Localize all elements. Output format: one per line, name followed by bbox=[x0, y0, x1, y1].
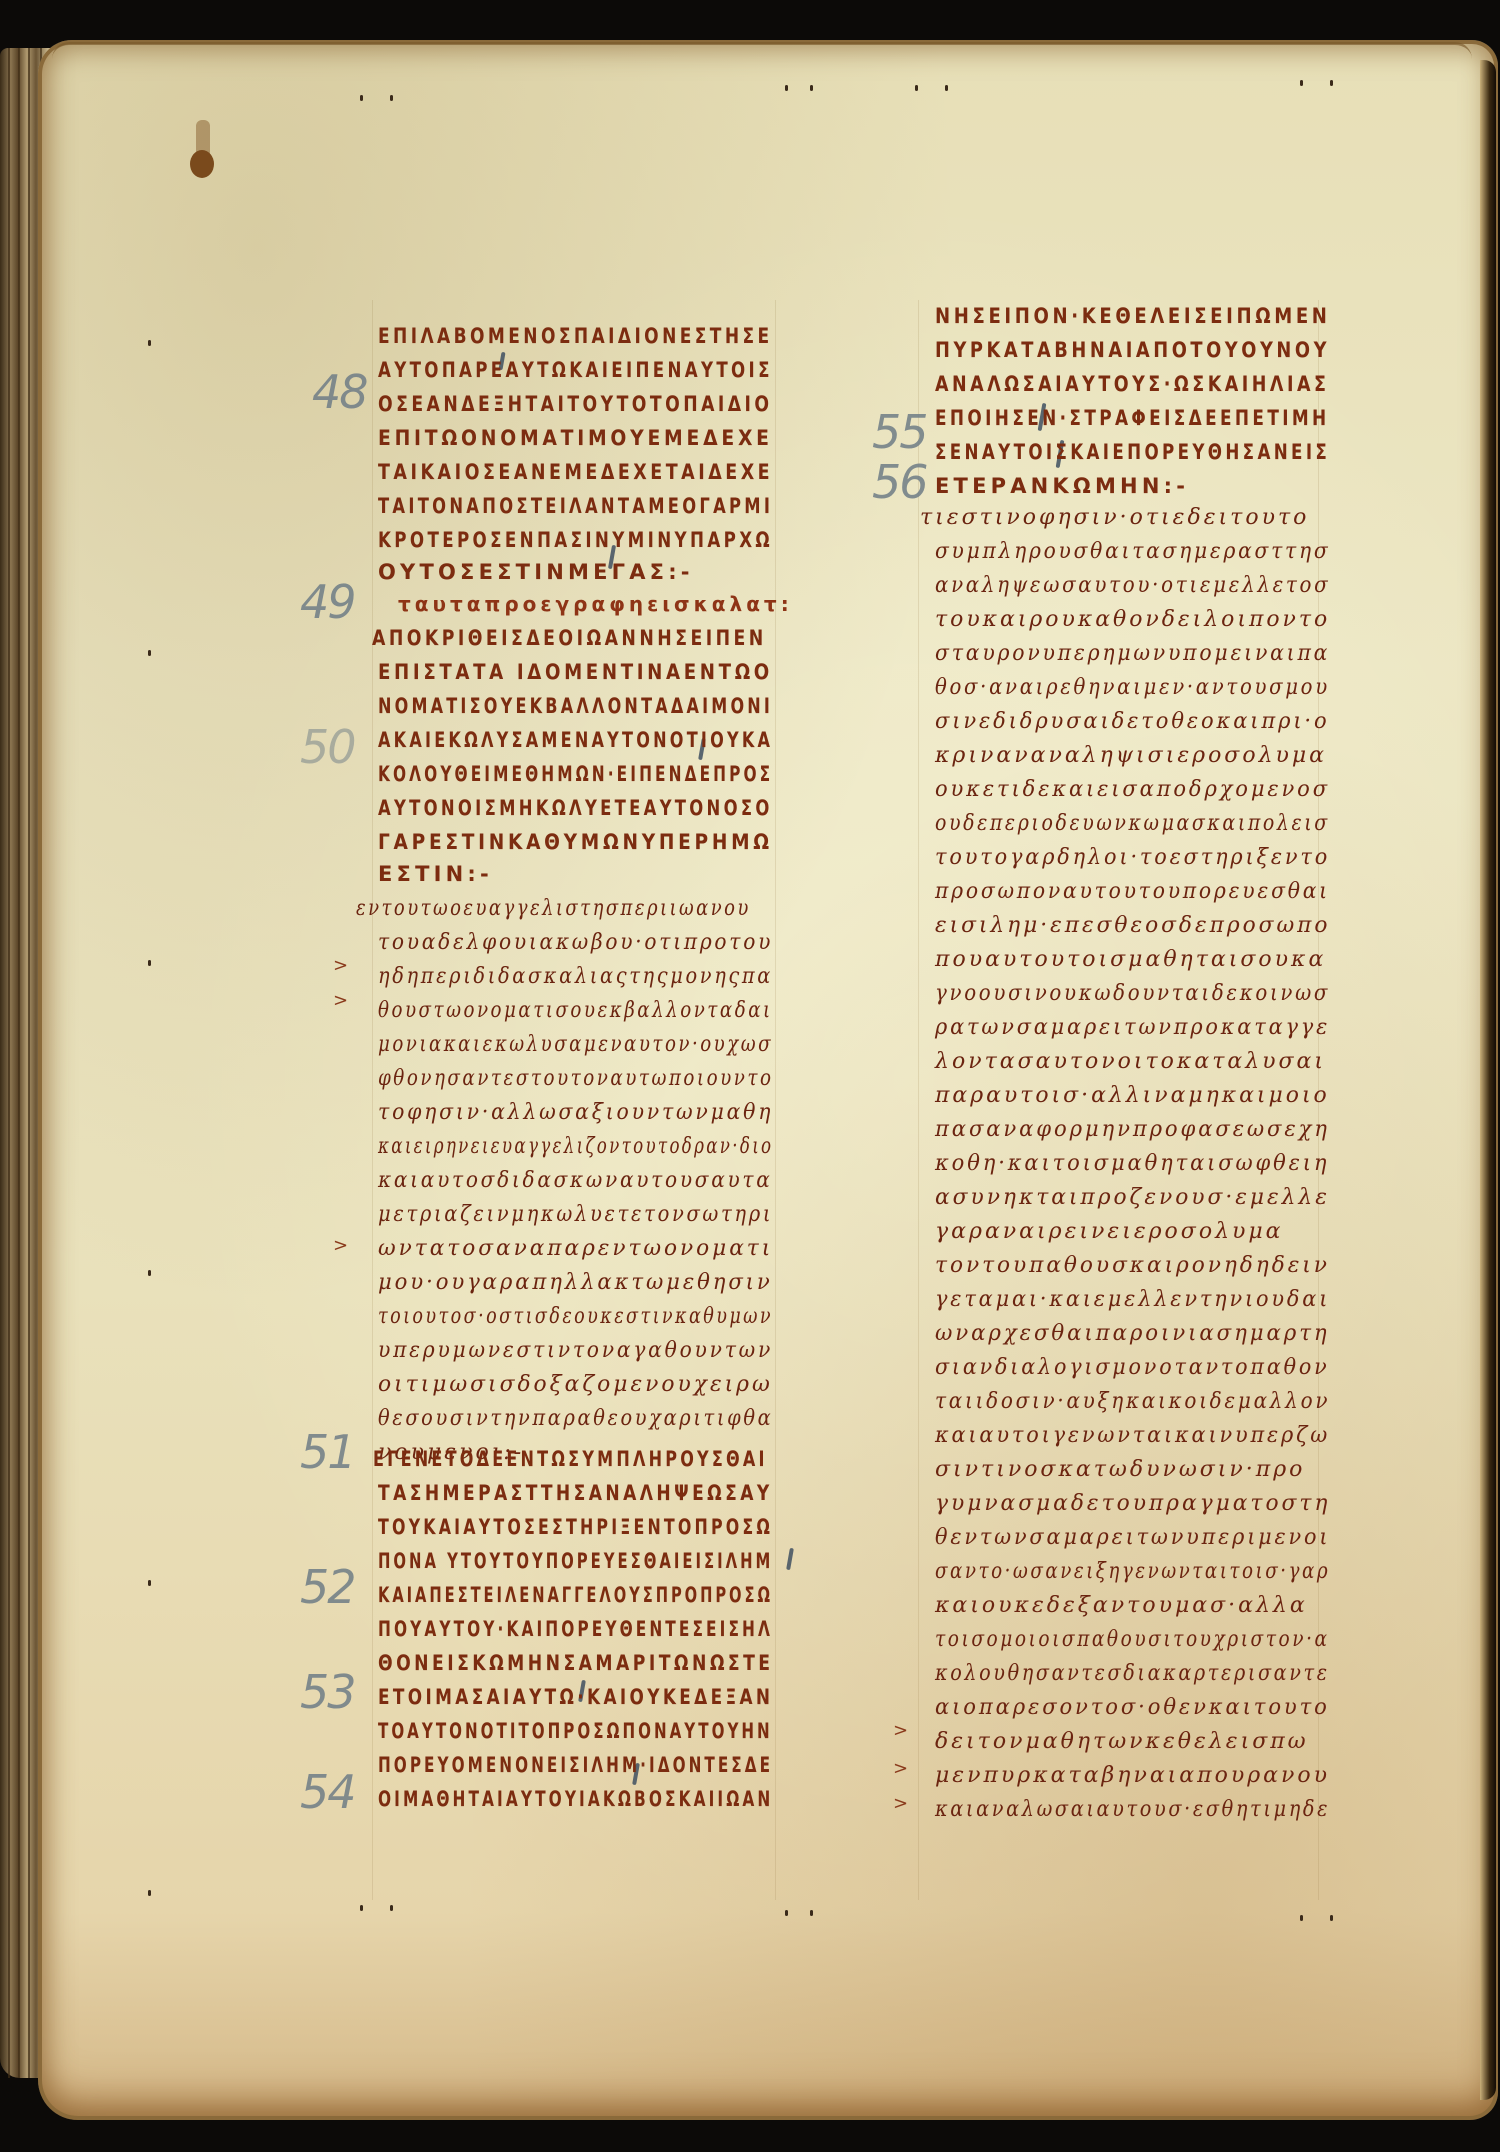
text-line: καιαπεστειλεναγγελουσπροπροσω bbox=[378, 1581, 773, 1611]
text-line: εγενετοδεεντωσυμπληρουσθαι bbox=[373, 1445, 768, 1475]
text-line: τοαυτονοτιτοπροσωποναυτουην bbox=[378, 1717, 773, 1747]
commentary-line: πουαυτουτοισμαθηταισουκα bbox=[935, 946, 1326, 976]
commentary-line: ουδεπεριοδευωνκωμασκαιπολεισ bbox=[935, 810, 1330, 840]
text-line: εποιησεν·στραφεισδεεπετιμη bbox=[935, 404, 1330, 434]
verse-number-52: 52 bbox=[300, 1560, 355, 1614]
commentary-line: καιαναλωσαιαυτουσ·εσθητιμηδε bbox=[935, 1796, 1330, 1826]
page-right-edge bbox=[1480, 60, 1496, 2100]
commentary-marker: > bbox=[893, 1758, 908, 1779]
verse-number-50: 50 bbox=[300, 720, 355, 774]
commentary-line: παραυτοισ·αλλιναμηκαιμοιο bbox=[935, 1082, 1330, 1112]
commentary-line: κοθη·καιτοισμαθηταισωφθειη bbox=[935, 1150, 1329, 1180]
commentary-line: ταιιδοσιν·αυξηκαικοιδεμαλλον bbox=[935, 1388, 1330, 1418]
commentary-line: κριναναναληψισιεροσολυμα bbox=[935, 742, 1327, 772]
commentary-line: τοντουπαθουσκαιρονηδηδειν bbox=[935, 1252, 1330, 1282]
left-text-column-lower: εγενετοδεεντωσυμπληρουσθαι τασημερασττησ… bbox=[378, 0, 778, 2000]
commentary-marker: > bbox=[893, 1720, 908, 1741]
commentary-line: καιουκεδεξαντουμασ·αλλα bbox=[935, 1592, 1308, 1622]
text-line: πονα υτουτουπορευεσθαιειςιλημ bbox=[378, 1547, 773, 1577]
text-line: πορευομενονεισιλημ·ιδοντεσδε bbox=[378, 1751, 773, 1781]
commentary-line: πασαναφορμηνπροφασεωσεχη bbox=[935, 1116, 1330, 1146]
commentary-marker: > bbox=[333, 955, 348, 976]
ruling-left-margin bbox=[372, 300, 373, 1900]
commentary-line: θεντωνσαμαρειτωνυπεριμενοι bbox=[935, 1524, 1330, 1554]
text-line: τουκαιαυτοσεστηριξεντοπροσω bbox=[378, 1513, 773, 1543]
commentary-line: κολουθησαντεσδιακαρτερισαντε bbox=[935, 1660, 1330, 1690]
commentary-line: ωναρχεσθαιπαροινιασημαρτη bbox=[935, 1320, 1330, 1350]
commentary-line: θοσ·αναιρεθηναιμεν·αντουσμου bbox=[935, 674, 1330, 704]
commentary-marker: > bbox=[333, 990, 348, 1011]
commentary-line: γνοουσινουκωδουνταιδεκοινωσ bbox=[935, 980, 1330, 1010]
commentary-line: τιεστινοφησιν·οτιεδειτουτο bbox=[920, 504, 1309, 534]
text-line: ετοιμασαιαυτω·καιουκεδεξαν bbox=[378, 1683, 773, 1713]
text-line: οιμαθηταιαυτουιακωβοσκαιιωαν bbox=[378, 1785, 773, 1815]
commentary-line: ασυνηκταιπροζενουσ·εμελλε bbox=[935, 1184, 1330, 1214]
commentary-line: ρατωνσαμαρειτωνπροκαταγγε bbox=[935, 1014, 1330, 1044]
commentary-line: γεταμαι·καιεμελλεντηνιουδαι bbox=[935, 1286, 1330, 1316]
verse-number-55: 55 bbox=[872, 405, 927, 459]
text-line: θονεισκωμηνσαμαριτωνωστε bbox=[378, 1649, 774, 1679]
commentary-line: καιαυτοιγενωνταικαινυπερζω bbox=[935, 1422, 1330, 1452]
text-line: πουαυτου·καιπορευθεντεσεισηλ bbox=[378, 1615, 773, 1645]
commentary-line: σαντο·ωσανειξηγενωνταιτοισ·γαρ bbox=[935, 1558, 1330, 1588]
commentary-marker: > bbox=[333, 1235, 348, 1256]
text-line: πυρκαταβηναιαποτουουνου bbox=[935, 336, 1330, 366]
verse-number-54: 54 bbox=[300, 1765, 355, 1819]
commentary-line: μενπυρκαταβηναιαπουρανου bbox=[935, 1762, 1330, 1792]
right-text-column: νησειπον·κεθελεισειπωμεν πυρκαταβηναιαπο… bbox=[935, 0, 1335, 2000]
commentary-line: αναληψεωσαυτου·οτιεμελλετοσ bbox=[935, 572, 1330, 602]
commentary-line: ουκετιδεκαιεισαποδρχομενοσ bbox=[935, 776, 1330, 806]
commentary-line: γαραναιρεινειεροσολυμα bbox=[935, 1218, 1284, 1248]
text-line: αναλωσαιαυτους·ωσκαιηλιασ bbox=[935, 370, 1329, 400]
verse-number-49: 49 bbox=[300, 575, 355, 629]
ink-blot-stain bbox=[190, 150, 214, 178]
commentary-line: λοντασαυτονοιτοκαταλυσαι bbox=[935, 1048, 1326, 1078]
text-line: νησειπον·κεθελεισειπωμεν bbox=[935, 302, 1331, 332]
commentary-line: συμπληρουσθαιτασημερασττησ bbox=[935, 538, 1330, 568]
commentary-line: σταυρονυπερημωνυπομειναιπα bbox=[935, 640, 1330, 670]
commentary-line: σινεδιδρυσαιδετοθεοκαιπρι·ο bbox=[935, 708, 1330, 738]
text-line: σεναυτοισκαιεπορευθησανεισ bbox=[935, 438, 1330, 468]
verse-number-48: 48 bbox=[312, 365, 367, 419]
verse-number-51: 51 bbox=[300, 1425, 355, 1479]
verse-number-56: 56 bbox=[872, 455, 927, 509]
ruling-right-column-start bbox=[918, 300, 919, 1900]
commentary-marker: > bbox=[893, 1793, 908, 1814]
verse-number-53: 53 bbox=[300, 1665, 355, 1719]
commentary-line: προσωποναυτουτουπορευεσθαι bbox=[935, 878, 1330, 908]
commentary-line: γυμνασμαδετουπραγματοστη bbox=[935, 1490, 1330, 1520]
commentary-line: δειτονμαθητωνκεθελεισπω bbox=[935, 1728, 1309, 1758]
commentary-line: τοισομοιοισπαθουσιτουχριστον·α bbox=[935, 1626, 1330, 1656]
commentary-line: τουτογαρδηλοι·τοεστηριξεντο bbox=[935, 844, 1330, 874]
commentary-line: αιοπαρεσοντοσ·οθενκαιτουτο bbox=[935, 1694, 1330, 1724]
commentary-line: σιντινοσκατωδυνωσιν·προ bbox=[935, 1456, 1305, 1486]
text-line: τασημερασττησαναληψεωσαυ bbox=[378, 1479, 773, 1509]
commentary-line: τουκαιρουκαθονδειλοιποντο bbox=[935, 606, 1330, 636]
commentary-line: εισιλημ·επεσθεοσδεπροσωπο bbox=[935, 912, 1330, 942]
commentary-line: σιανδιαλογισμονοταντοπαθον bbox=[935, 1354, 1330, 1384]
text-line: ετερανκωμην:- bbox=[935, 472, 1189, 502]
